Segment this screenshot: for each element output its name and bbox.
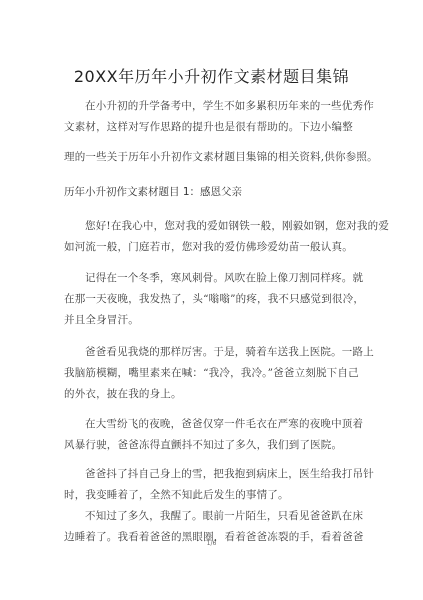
- text-line: 不知过了多久，我醒了。眼前一片陌生，只看见爸爸趴在床: [64, 506, 360, 527]
- text-line: 记得在一个冬季，寒风刺骨。风吹在脸上像刀割同样疼。就: [64, 268, 360, 289]
- text-line: 如河流一般，门庭若市，您对我的爱仿佛珍爱幼苗一般认真。: [64, 237, 360, 258]
- body-paragraph: 爸爸看见我烧的那样厉害。于是，骑着车送我上医院。一路上 我脑筋模糊，嘴里素来在喊…: [64, 342, 360, 405]
- document-title: 20XX年历年小升初作文素材题目集锦: [0, 64, 423, 87]
- page-number: 1/6: [0, 540, 423, 547]
- text-line: 在大雪纷飞的夜晚，爸爸仅穿一件毛衣在严寒的夜晚中顶着: [64, 414, 360, 435]
- body-paragraph: 您好!在我心中，您对我的爱如钢铁一般，刚毅如钢，您对我的爱 如河流一般，门庭若市…: [64, 216, 360, 258]
- text-line: 并且全身冒汗。: [64, 310, 360, 331]
- intro-paragraph: 在小升初的升学备考中，学生不如多累积历年来的一些优秀作 文素材，这样对写作思路的…: [64, 96, 360, 168]
- body-paragraph: 记得在一个冬季，寒风刺骨。风吹在脸上像刀割同样疼。就 在那一天夜晚，我发热了，头…: [64, 268, 360, 331]
- text-line: 在小升初的升学备考中，学生不如多累积历年来的一些优秀作: [64, 96, 360, 117]
- text-line: 文素材，这样对写作思路的提升也是很有帮助的。下边小编整: [64, 117, 360, 138]
- document-page: 20XX年历年小升初作文素材题目集锦 在小升初的升学备考中，学生不如多累积历年来…: [0, 0, 423, 600]
- text-line: 时，我变睡着了，全然不知此后发生的事情了。: [64, 485, 360, 506]
- text-line: 您好!在我心中，您对我的爱如钢铁一般，刚毅如钢，您对我的爱: [64, 216, 360, 237]
- text-line: 爸爸看见我烧的那样厉害。于是，骑着车送我上医院。一路上: [64, 342, 360, 363]
- text-line: 在那一天夜晚，我发热了，头“嗡嗡”的疼，我不只感觉到很冷，: [64, 289, 360, 310]
- body-paragraph: 爸爸抖了抖自己身上的雪，把我抱到病床上，医生给我打吊针 时，我变睡着了，全然不知…: [64, 464, 360, 506]
- body-paragraph: 在大雪纷飞的夜晚，爸爸仅穿一件毛衣在严寒的夜晚中顶着 风暴行驶，爸爸冻得直颤抖不…: [64, 414, 360, 456]
- text-line: 爸爸抖了抖自己身上的雪，把我抱到病床上，医生给我打吊针: [64, 464, 360, 485]
- text-line: 的外衣，披在我的身上。: [64, 384, 360, 405]
- section-heading: 历年小升初作文素材题目 1：感恩父亲: [64, 184, 242, 199]
- text-line: 理的一些关于历年小升初作文素材题目集锦的相关资料,供你参照。: [64, 147, 360, 168]
- text-line: 我脑筋模糊，嘴里素来在喊：“我冷，我冷。”爸爸立刻脱下自己: [64, 363, 360, 384]
- text-line: 风暴行驶，爸爸冻得直颤抖不知过了多久，我们到了医院。: [64, 435, 360, 456]
